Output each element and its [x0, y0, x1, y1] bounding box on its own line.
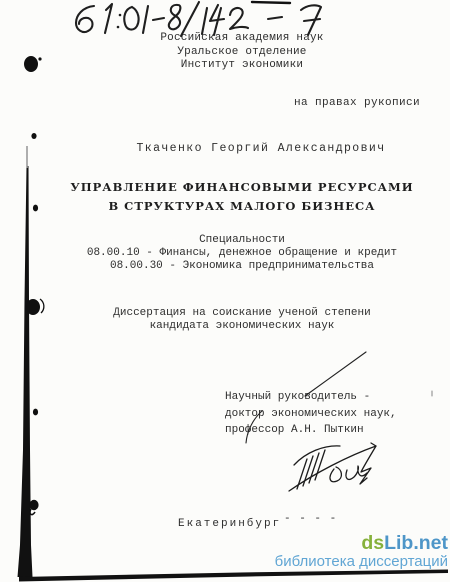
- supervisor-line-2: доктор экономических наук,: [225, 406, 445, 423]
- dslib-logo-green-part: ds: [361, 532, 384, 554]
- binding-hole-tail: [30, 509, 35, 515]
- title-line-2: В СТРУКТУРАХ МАЛОГО БИЗНЕСА: [34, 197, 450, 216]
- supervisor-line-3: профессор А.Н. Пыткин: [225, 422, 445, 439]
- supervisor-line-1: Научный руководитель -: [225, 389, 445, 406]
- academy-line: Российская академия наук: [34, 32, 450, 46]
- institution-block: Российская академия наук Уральское отдел…: [34, 32, 450, 73]
- handwritten-code: [76, 2, 321, 36]
- dslib-subtitle: библиотека диссертаций: [275, 554, 448, 570]
- degree-block: Диссертация на соискание ученой степени …: [34, 307, 450, 333]
- specialty-item: 08.00.30 - Экономика предпринимательства: [34, 260, 450, 273]
- year-placeholder-dashes: - - - -: [284, 513, 337, 525]
- signature: [289, 443, 376, 491]
- bottom-scan-edge: [19, 570, 448, 582]
- author-name: Ткаченко Георгий Александрович: [72, 142, 450, 155]
- dslib-logo-blue-part: Lib.net: [384, 532, 448, 554]
- binding-hole: [31, 133, 36, 139]
- dslib-watermark: dsLib.net библиотека диссертаций: [275, 532, 448, 570]
- specialties-heading: Специальности: [34, 234, 450, 247]
- supervisor-block: Научный руководитель - доктор экономичес…: [225, 389, 445, 439]
- binding-holes: [24, 56, 44, 515]
- institute-line: Институт экономики: [34, 59, 450, 73]
- manuscript-note: на правах рукописи: [294, 97, 420, 109]
- city-label: Екатеринбург: [178, 518, 281, 530]
- dissertation-title: УПРАВЛЕНИЕ ФИНАНСОВЫМИ РЕСУРСАМИ В СТРУК…: [34, 178, 450, 215]
- left-scan-edge: [18, 166, 33, 577]
- binding-hole: [33, 409, 38, 416]
- degree-line-2: кандидата экономических наук: [34, 320, 450, 333]
- title-line-1: УПРАВЛЕНИЕ ФИНАНСОВЫМИ РЕСУРСАМИ: [34, 178, 450, 197]
- dslib-logo: dsLib.net: [275, 532, 448, 554]
- top-edge-mark: [252, 2, 290, 3]
- degree-line-1: Диссертация на соискание ученой степени: [34, 307, 450, 320]
- specialty-item: 08.00.10 - Финансы, денежное обращение и…: [34, 247, 450, 260]
- scan-artifacts-layer: [0, 0, 450, 582]
- specialties-block: Специальности 08.00.10 - Финансы, денежн…: [34, 234, 450, 272]
- dissertation-title-page: Российская академия наук Уральское отдел…: [0, 0, 450, 582]
- binding-hole: [29, 500, 38, 510]
- branch-line: Уральское отделение: [34, 46, 450, 60]
